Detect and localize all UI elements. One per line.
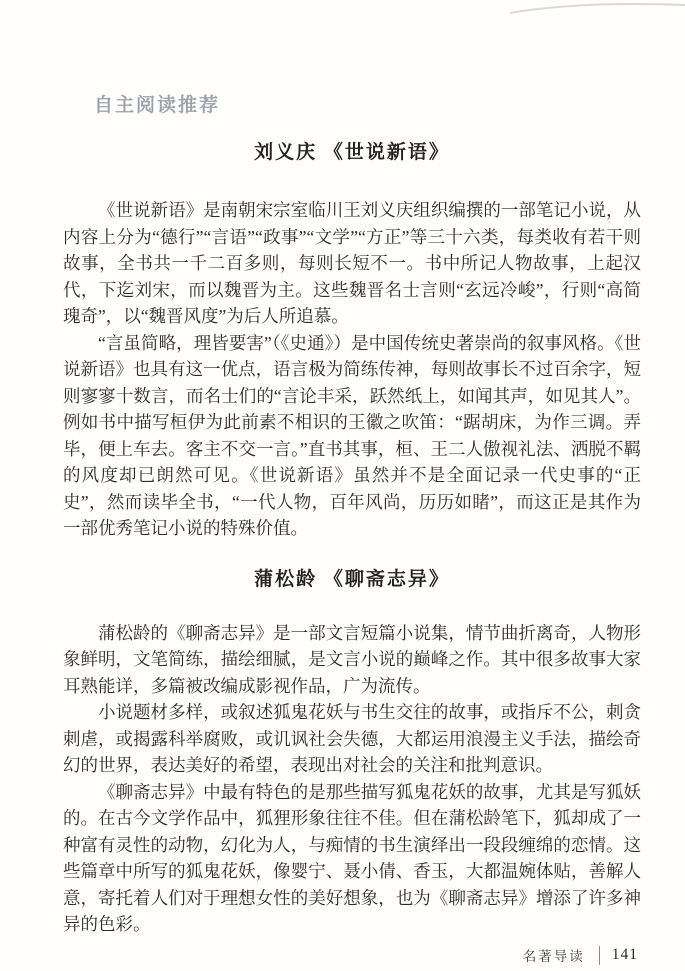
paragraph-liaozhai-fox-spirits: 《聊斋志异》中最有特色的是那些描写狐鬼花妖的故事，尤其是写狐妖的。在古今文学作品… <box>63 779 641 938</box>
book-title-shishuoxinyu: 刘义庆 《世说新语》 <box>63 139 641 167</box>
reading-section-shishuoxinyu: 刘义庆 《世说新语》 《世说新语》是南朝宋宗室临川王刘义庆组织编撰的一部笔记小说… <box>63 139 641 542</box>
footer-divider <box>599 946 600 965</box>
paragraph-liaozhai-themes: 小说题材多样，或叙述狐鬼花妖与书生交往的故事，或指斥不公，刺贪刺虐，或揭露科举腐… <box>63 699 641 779</box>
page-body: 刘义庆 《世说新语》 《世说新语》是南朝宋宗室临川王刘义庆组织编撰的一部笔记小说… <box>63 139 641 938</box>
page-number: 141 <box>612 946 638 964</box>
paragraph-liaozhai-intro: 蒲松龄的《聊斋志异》是一部文言短篇小说集，情节曲折离奇，人物形象鲜明，文笔简练，… <box>63 620 641 700</box>
section-heading: 自主阅读推荐 <box>94 90 220 117</box>
textbook-page: 自主阅读推荐 刘义庆 《世说新语》 《世说新语》是南朝宋宗室临川王刘义庆组织编撰… <box>0 0 685 971</box>
paragraph-shishuo-style: “言虽简略，理皆要害”（《史通》）是中国传统史著崇尚的叙事风格。《世说新语》也具… <box>63 330 641 542</box>
book-title-liaozhai: 蒲松龄 《聊斋志异》 <box>63 566 641 594</box>
page-footer: 名著导读 141 <box>523 944 638 966</box>
scan-page-edge-artifact <box>510 0 685 16</box>
paragraph-shishuo-intro: 《世说新语》是南朝宋宗室临川王刘义庆组织编撰的一部笔记小说，从内容上分为“德行”… <box>63 197 641 330</box>
footer-section-label: 名著导读 <box>523 945 585 965</box>
reading-section-liaozhai: 蒲松龄 《聊斋志异》 蒲松龄的《聊斋志异》是一部文言短篇小说集，情节曲折离奇，人… <box>63 566 641 938</box>
